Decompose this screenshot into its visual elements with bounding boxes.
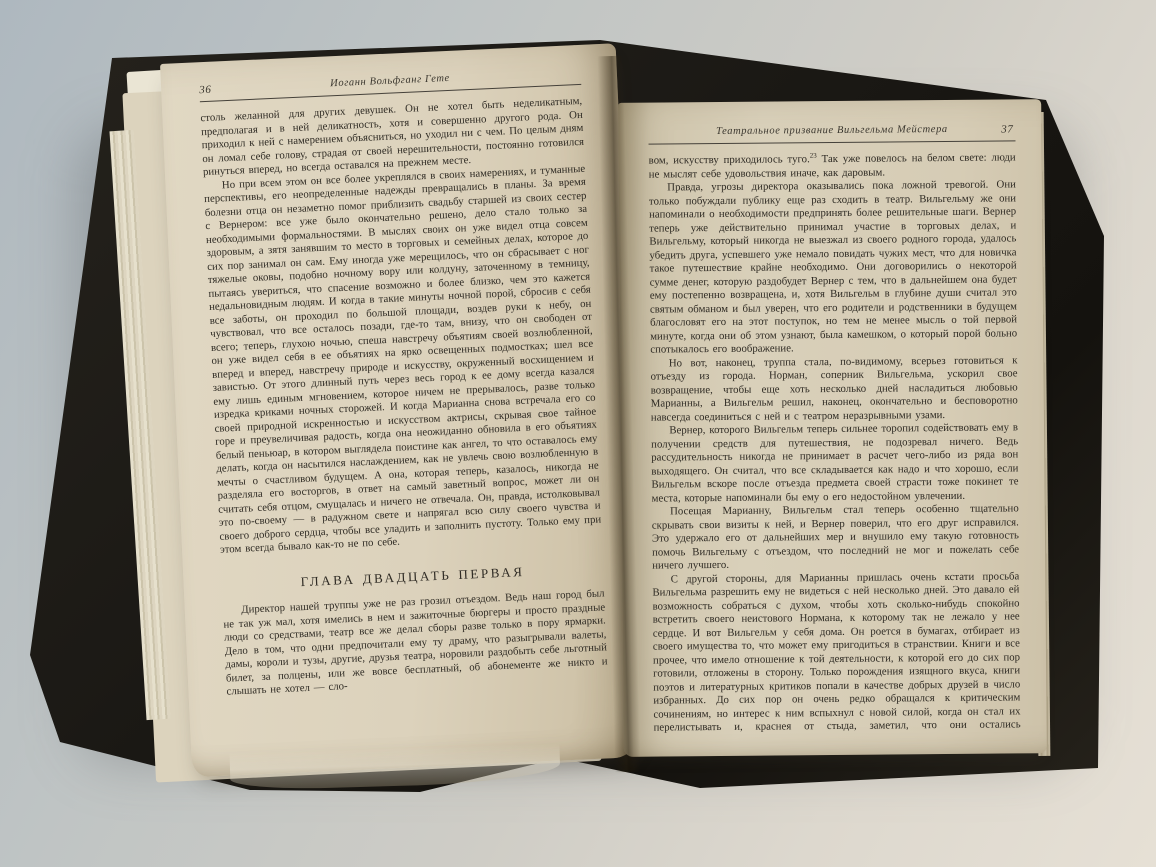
- right-page-content: Театральное призвание Вильгельма Мейстер…: [648, 123, 1020, 734]
- right-running-title: Театральное призвание Вильгельма Мейстер…: [716, 124, 948, 137]
- left-body-text: столь желанной для других девушек. Он не…: [200, 95, 608, 699]
- paragraph: вом, искусству приходилось туго.23 Так у…: [649, 151, 1016, 181]
- book-photograph: 36 Иоганн Вольфганг Гете столь желанной …: [0, 0, 1156, 867]
- right-running-head: Театральное призвание Вильгельма Мейстер…: [648, 123, 1015, 144]
- paragraph: Но вот, наконец, труппа стала, по-видимо…: [650, 354, 1018, 425]
- chapter-heading: ГЛАВА ДВАДЦАТЬ ПЕРВАЯ: [221, 561, 603, 592]
- paragraph: Посещая Марианну, Вильгельм стал теперь …: [652, 502, 1020, 573]
- right-body-text: вом, искусству приходилось туго.23 Так у…: [649, 151, 1021, 734]
- left-page: 36 Иоганн Вольфганг Гете столь желанной …: [160, 43, 648, 777]
- paragraph: Правда, угрозы директора оказывались пок…: [649, 178, 1018, 357]
- paragraph: Директор нашей труппы уже не раз грозил …: [223, 587, 609, 699]
- paragraph: Но при всем этом он все более укреплялся…: [203, 162, 602, 557]
- right-page-number: 37: [1001, 123, 1013, 135]
- left-page-content: 36 Иоганн Вольфганг Гете столь желанной …: [199, 67, 611, 748]
- paragraph-continuation: вом, искусству приходилось туго.: [649, 153, 810, 166]
- paragraph: Вернер, которого Вильгельм теперь сильне…: [651, 421, 1019, 505]
- right-page: Театральное призвание Вильгельма Мейстер…: [618, 99, 1047, 757]
- paragraph: С другой стороны, для Марианны пришлась …: [652, 570, 1020, 735]
- left-page-number: 36: [199, 84, 212, 97]
- left-running-title: Иоганн Вольфганг Гете: [330, 73, 450, 89]
